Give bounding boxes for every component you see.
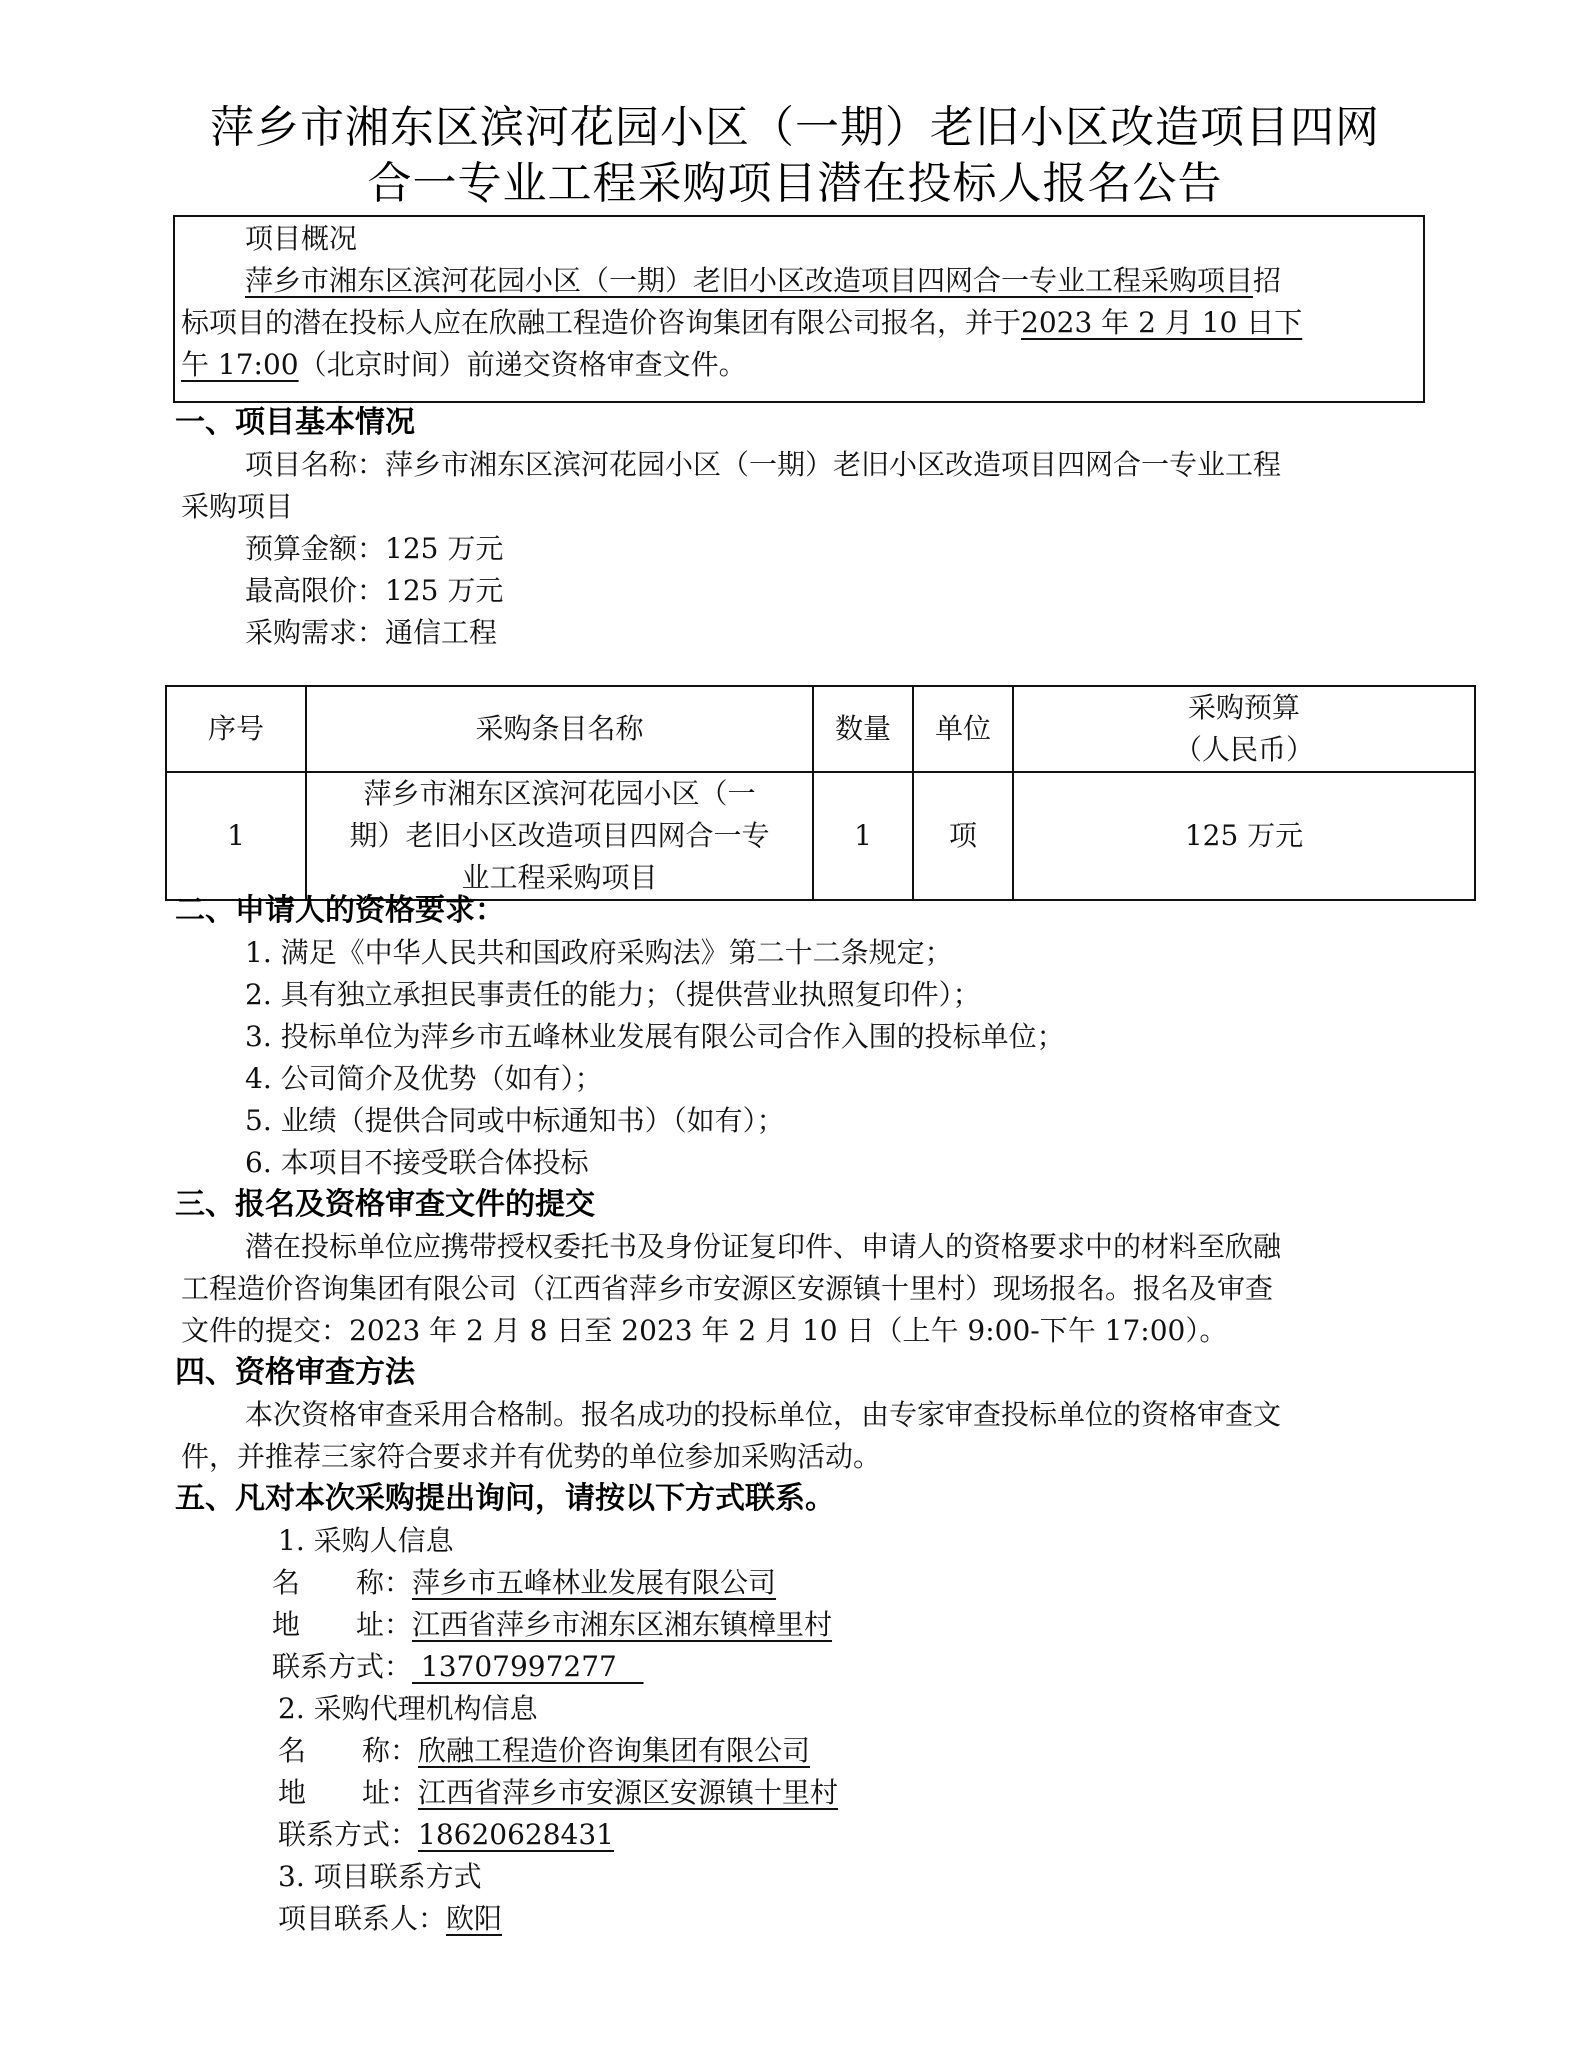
requirement-item: 3. 投标单位为萍乡市五峰林业发展有限公司合作入围的投标单位； (245, 1016, 1065, 1058)
project-name-line-1: 项目名称：萍乡市湘东区滨河花园小区（一期）老旧小区改造项目四网合一专业工程 (245, 444, 1281, 486)
purchaser-name-label: 名 称： (272, 1566, 412, 1599)
cell-item-name: 萍乡市湘东区滨河花园小区（一 期）老旧小区改造项目四网合一专 业工程采购项目 (306, 772, 813, 900)
section-4-heading: 四、资格审查方法 (175, 1352, 415, 1394)
agency-address-label: 地 址： (278, 1776, 418, 1809)
title-line-2: 合一专业工程采购项目潜在投标人报名公告 (368, 158, 1223, 209)
agency-name-label: 名 称： (278, 1734, 418, 1767)
header-budget-line-2: （人民币） (1174, 733, 1314, 766)
agency-address-value: 江西省萍乡市安源区安源镇十里村 (418, 1776, 838, 1809)
purchaser-info-title: 1. 采购人信息 (278, 1520, 454, 1562)
header-quantity: 数量 (813, 686, 913, 772)
submission-line-2: 工程造价咨询集团有限公司（江西省萍乡市安源区安源镇十里村）现场报名。报名及审查 (181, 1268, 1273, 1310)
cell-quantity: 1 (813, 772, 913, 900)
review-method-line-2: 件，并推荐三家符合要求并有优势的单位参加采购活动。 (181, 1436, 881, 1478)
procurement-items-table: 序号 采购条目名称 数量 单位 采购预算 （人民币） 1 萍乡市湘东区滨河花园小… (165, 685, 1476, 901)
project-contact-label: 项目联系人： (278, 1902, 446, 1935)
review-method-line-1: 本次资格审查采用合格制。报名成功的投标单位，由专家审查投标单位的资格审查文 (245, 1394, 1281, 1436)
requirement-item: 2. 具有独立承担民事责任的能力；（提供营业执照复印件）； (245, 974, 981, 1016)
overview-project-name: 萍乡市湘东区滨河花园小区（一期）老旧小区改造项目四网合一专业工程采购项目 (245, 264, 1253, 297)
section-3-heading: 三、报名及资格审查文件的提交 (175, 1184, 595, 1226)
submission-line-3: 文件的提交：2023 年 2 月 8 日至 2023 年 2 月 10 日（上午… (181, 1310, 1227, 1352)
submission-line-1: 潜在投标单位应携带授权委托书及身份证复印件、申请人的资格要求中的材料至欣融 (245, 1226, 1281, 1268)
requirement-item: 1. 满足《中华人民共和国政府采购法》第二十二条规定； (245, 932, 953, 974)
overview-line-2: 标项目的潜在投标人应在欣融工程造价咨询集团有限公司报名，并于2023 年 2 月… (181, 302, 1302, 344)
purchaser-name-row: 名 称：萍乡市五峰林业发展有限公司 (272, 1562, 776, 1604)
header-unit: 单位 (913, 686, 1013, 772)
overview-line-3: 午 17:00（北京时间）前递交资格审查文件。 (181, 344, 747, 386)
project-name-line-2: 采购项目 (181, 486, 293, 528)
overview-line-1-tail: 招 (1253, 264, 1281, 297)
header-budget-line-1: 采购预算 (1188, 691, 1300, 724)
agency-name-row: 名 称：欣融工程造价咨询集团有限公司 (278, 1730, 810, 1772)
overview-line-2-text: 标项目的潜在投标人应在欣融工程造价咨询集团有限公司报名，并于 (181, 306, 1021, 339)
cell-budget: 125 万元 (1013, 772, 1475, 900)
requirement-item: 6. 本项目不接受联合体投标 (245, 1142, 589, 1184)
table-header-row: 序号 采购条目名称 数量 单位 采购预算 （人民币） (166, 686, 1475, 772)
requirement-item: 5. 业绩（提供合同或中标通知书）（如有）； (245, 1100, 785, 1142)
overview-deadline-time: 午 17:00 (181, 348, 299, 381)
title-line-1: 萍乡市湘东区滨河花园小区（一期）老旧小区改造项目四网 (210, 102, 1380, 153)
agency-contact-row: 联系方式：18620628431 (278, 1814, 614, 1856)
document-title: 萍乡市湘东区滨河花园小区（一期）老旧小区改造项目四网 合一专业工程采购项目潜在投… (160, 100, 1430, 212)
purchaser-address-row: 地 址：江西省萍乡市湘东区湘东镇樟里村 (272, 1604, 832, 1646)
requirement-item: 4. 公司简介及优势（如有）； (245, 1058, 603, 1100)
purchaser-name-value: 萍乡市五峰林业发展有限公司 (412, 1566, 776, 1599)
cell-index: 1 (166, 772, 306, 900)
budget-amount: 预算金额：125 万元 (245, 528, 503, 570)
overview-line-1: 萍乡市湘东区滨河花园小区（一期）老旧小区改造项目四网合一专业工程采购项目招 (245, 260, 1281, 302)
overview-line-3-text: （北京时间）前递交资格审查文件。 (299, 348, 747, 381)
agency-name-value: 欣融工程造价咨询集团有限公司 (418, 1734, 810, 1767)
agency-contact-label: 联系方式： (278, 1818, 418, 1851)
max-price: 最高限价：125 万元 (245, 570, 503, 612)
purchaser-contact-value: 13707997277 (412, 1650, 644, 1683)
cell-unit: 项 (913, 772, 1013, 900)
section-5-heading: 五、凡对本次采购提出询问，请按以下方式联系。 (175, 1478, 835, 1520)
overview-deadline-date: 2023 年 2 月 10 日下 (1021, 306, 1302, 339)
purchaser-address-label: 地 址： (272, 1608, 412, 1641)
header-item-name: 采购条目名称 (306, 686, 813, 772)
project-contact-row: 项目联系人：欧阳 (278, 1898, 502, 1940)
section-2-heading: 二、申请人的资格要求： (175, 890, 505, 932)
agency-address-row: 地 址：江西省萍乡市安源区安源镇十里村 (278, 1772, 838, 1814)
document-page: 萍乡市湘东区滨河花园小区（一期）老旧小区改造项目四网 合一专业工程采购项目潜在投… (0, 0, 1587, 2059)
header-index: 序号 (166, 686, 306, 772)
table-row: 1 萍乡市湘东区滨河花园小区（一 期）老旧小区改造项目四网合一专 业工程采购项目… (166, 772, 1475, 900)
agency-contact-value: 18620628431 (418, 1818, 614, 1851)
procurement-demand: 采购需求：通信工程 (245, 612, 497, 654)
purchaser-address-value: 江西省萍乡市湘东区湘东镇樟里村 (412, 1608, 832, 1641)
project-contact-value: 欧阳 (446, 1902, 502, 1935)
purchaser-contact-label: 联系方式： (272, 1650, 412, 1683)
purchaser-contact-row: 联系方式： 13707997277 (272, 1646, 644, 1688)
overview-heading: 项目概况 (245, 218, 357, 260)
cell-item-name-line-2: 期）老旧小区改造项目四网合一专 (349, 819, 769, 852)
section-1-heading: 一、项目基本情况 (175, 402, 415, 444)
agency-info-title: 2. 采购代理机构信息 (278, 1688, 538, 1730)
project-contact-title: 3. 项目联系方式 (278, 1856, 482, 1898)
header-budget: 采购预算 （人民币） (1013, 686, 1475, 772)
cell-item-name-line-1: 萍乡市湘东区滨河花园小区（一 (363, 777, 755, 810)
